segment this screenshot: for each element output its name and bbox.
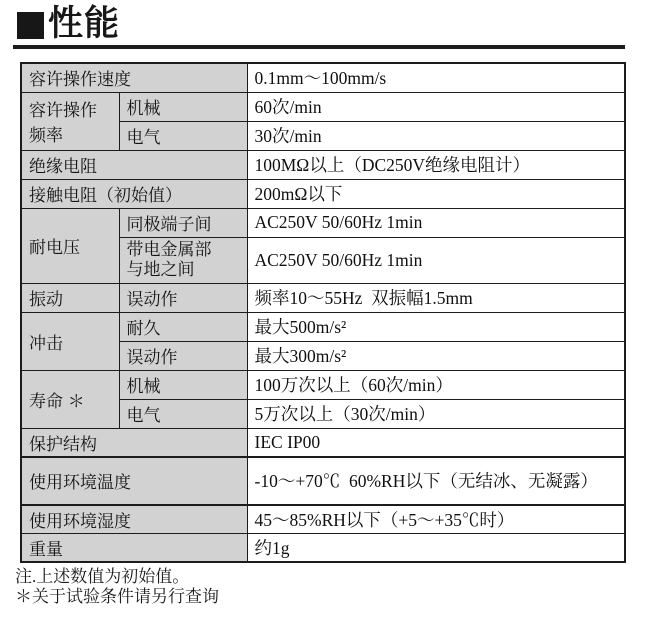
spec-label-cell: 接触电阻（初始值） <box>21 179 247 208</box>
table-row: 容许操作频率 机械 60次/min <box>21 92 625 121</box>
section-marker-square-icon <box>17 12 44 39</box>
spec-value-cell: 100MΩ以上（DC250V绝缘电阻计） <box>247 150 625 179</box>
table-row: 振动 误动作 频率10～55Hz 双振幅1.5mm <box>21 283 625 312</box>
section-header: 性能 <box>17 6 120 41</box>
section-title: 性能 <box>48 6 120 41</box>
title-underline <box>13 45 625 49</box>
spec-value-cell: 100万次以上（60次/min） <box>247 370 625 399</box>
spec-value-cell: 200mΩ以下 <box>247 179 625 208</box>
spec-sublabel-cell: 机械 <box>119 370 247 399</box>
footnote-initial-values: 注.上述数值为初始值。 <box>15 567 219 587</box>
spec-sublabel-cell: 同极端子间 <box>119 208 247 237</box>
footnotes: 注.上述数值为初始值。 ＊关于试验条件请另行查询 <box>15 567 219 608</box>
table-row: 耐电压 同极端子间 AC250V 50/60Hz 1min <box>21 208 625 237</box>
table-row: 绝缘电阻 100MΩ以上（DC250V绝缘电阻计） <box>21 150 625 179</box>
spec-value-cell: -10～+70℃ 60%RH以下（无结冰、无凝露） <box>247 457 625 505</box>
datasheet-performance-page: 性能 容许操作速度 0.1mm～100mm/s 容许操作频率 机械 60次/mi… <box>0 0 660 624</box>
spec-value-cell: 30次/min <box>247 121 625 150</box>
spec-label-cell: 容许操作速度 <box>21 63 247 92</box>
spec-value-cell: 45～85%RH以下（+5～+35℃时） <box>247 505 625 534</box>
table-row: 使用环境温度 -10～+70℃ 60%RH以下（无结冰、无凝露） <box>21 457 625 505</box>
table-row: 容许操作速度 0.1mm～100mm/s <box>21 63 625 92</box>
spec-label-cell: 耐电压 <box>21 208 119 283</box>
performance-spec-table: 容许操作速度 0.1mm～100mm/s 容许操作频率 机械 60次/min 电… <box>20 62 626 563</box>
spec-value-cell: 5万次以上（30次/min） <box>247 399 625 428</box>
spec-sublabel-cell: 误动作 <box>119 341 247 370</box>
spec-label-cell: 使用环境温度 <box>21 457 247 505</box>
spec-label-cell: 使用环境湿度 <box>21 505 247 534</box>
spec-value-cell: 最大300m/s² <box>247 341 625 370</box>
spec-sublabel-cell: 带电金属部 与地之间 <box>119 237 247 283</box>
spec-label-cell: 容许操作频率 <box>21 92 119 150</box>
table-row: 寿命 ＊ 机械 100万次以上（60次/min） <box>21 370 625 399</box>
table-row: 保护结构 IEC IP00 <box>21 428 625 457</box>
spec-label-cell: 保护结构 <box>21 428 247 457</box>
spec-value-cell: AC250V 50/60Hz 1min <box>247 208 625 237</box>
spec-sublabel-cell: 电气 <box>119 121 247 150</box>
table-row: 重量 约1g <box>21 534 625 563</box>
spec-sublabel-cell: 耐久 <box>119 312 247 341</box>
spec-value-cell: IEC IP00 <box>247 428 625 457</box>
spec-label-cell: 绝缘电阻 <box>21 150 247 179</box>
spec-value-cell: 60次/min <box>247 92 625 121</box>
spec-label-cell: 振动 <box>21 283 119 312</box>
table-row: 接触电阻（初始值） 200mΩ以下 <box>21 179 625 208</box>
spec-label-cell: 寿命 ＊ <box>21 370 119 428</box>
spec-value-cell: 最大500m/s² <box>247 312 625 341</box>
spec-sublabel-cell: 误动作 <box>119 283 247 312</box>
spec-value-cell: 频率10～55Hz 双振幅1.5mm <box>247 283 625 312</box>
table-row: 使用环境湿度 45～85%RH以下（+5～+35℃时） <box>21 505 625 534</box>
spec-value-cell: AC250V 50/60Hz 1min <box>247 237 625 283</box>
spec-label-cell: 重量 <box>21 534 247 563</box>
spec-value-cell: 0.1mm～100mm/s <box>247 63 625 92</box>
footnote-test-conditions: ＊关于试验条件请另行查询 <box>15 587 219 607</box>
table-row: 冲击 耐久 最大500m/s² <box>21 312 625 341</box>
spec-sublabel-cell: 电气 <box>119 399 247 428</box>
spec-sublabel-cell: 机械 <box>119 92 247 121</box>
spec-label-cell: 冲击 <box>21 312 119 370</box>
spec-value-cell: 约1g <box>247 534 625 563</box>
